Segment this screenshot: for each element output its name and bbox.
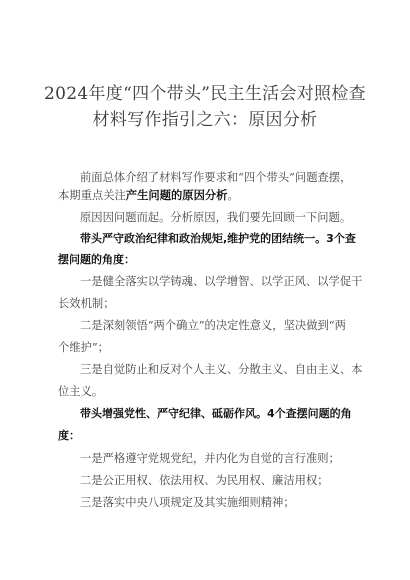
- document-page: 2024年度“四个带头”民主生活会对照检查 材料写作指引之六：原因分析 前面总体…: [0, 0, 410, 580]
- section2-heading-line2: 度：: [58, 429, 358, 443]
- document-title-line1: 2024年度“四个带头”民主生活会对照检查: [0, 84, 410, 104]
- section1-item3-line1: 三是自觉防止和反对个人主义、分散主义、自由主义、本: [80, 363, 380, 377]
- section1-item3-line2: 位主义。: [58, 385, 358, 399]
- intro-text: 本期重点关注: [58, 189, 126, 202]
- section2-heading-line1: 带头增强党性、严守纪律、砥砺作风。4个查摆问题的角: [80, 407, 380, 421]
- section1-heading-line2: 摆问题的角度：: [58, 253, 358, 267]
- section1-item1-line2: 长效机制；: [58, 297, 358, 311]
- intro-paragraph-line1: 前面总体介绍了材料写作要求和“四个带头”问题查摆，: [80, 171, 380, 185]
- section1-item2-line2: 个维护”；: [58, 341, 358, 355]
- section2-item2: 二是公正用权、依法用权、为民用权、廉洁用权；: [80, 474, 380, 488]
- intro-end: 。: [227, 189, 238, 202]
- section1-heading-line1: 带头严守政治纪律和政治规矩,维护党的团结统一。3个查: [80, 232, 380, 246]
- intro-bold-text: 产生问题的原因分析: [126, 189, 228, 202]
- section1-item1-line1: 一是健全落实以学铸魂、以学增智、以学正风、以学促干: [80, 275, 380, 289]
- intro-paragraph-line2: 本期重点关注产生问题的原因分析。: [58, 189, 358, 203]
- document-title-line2: 材料写作指引之六：原因分析: [0, 110, 410, 130]
- section2-item1: 一是严格遵守党规党纪，并内化为自觉的言行准则；: [80, 452, 380, 466]
- cause-paragraph: 原因因问题而起。分析原因，我们要先回顾一下问题。: [80, 211, 380, 225]
- section2-item3: 三是落实中央八项规定及其实施细则精神；: [80, 496, 380, 510]
- section1-item2-line1: 二是深刻领悟“两个确立”的决定性意义，坚决做到“两: [80, 319, 380, 333]
